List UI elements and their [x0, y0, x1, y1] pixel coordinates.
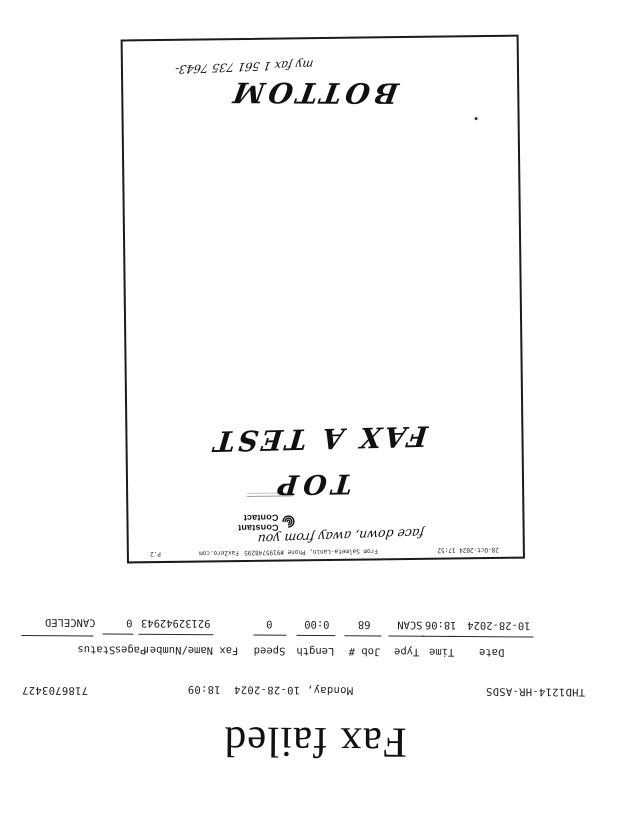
cell-pages: 0	[126, 617, 132, 629]
col-header-type: Type	[394, 646, 419, 658]
logo-line1: Constant	[238, 522, 279, 532]
divider-date	[448, 636, 533, 638]
col-header-date: Date	[479, 646, 504, 658]
report-title: Fax failed	[0, 715, 633, 768]
ink-speck	[475, 117, 478, 120]
cell-length: 0:00	[304, 618, 329, 630]
cell-status: CANCELED	[45, 616, 96, 628]
cell-speed: 0	[266, 618, 272, 630]
fax-header-sender: From Salmeta-Lanin, Phone #9195748295	[244, 547, 378, 556]
constant-contact-logo: Constant Contact	[238, 512, 297, 532]
divider-pages	[102, 633, 133, 635]
cell-job: 68	[358, 618, 371, 630]
scanned-page-thumbnail: 28-Oct-2024 17:52 From Salmeta-Lanin, Ph…	[121, 35, 525, 564]
confirmation-number: 7186703427	[22, 684, 88, 696]
fax-header-page-number: P.2	[150, 550, 161, 557]
logo-line2: Contact	[238, 513, 279, 523]
fax-header-timestamp: 28-Oct-2024 17:52	[437, 546, 499, 554]
col-header-pages: Pages	[115, 644, 147, 656]
handwritten-top-label: TOP	[272, 468, 354, 500]
col-header-fax-name-number: Fax Name/Number	[143, 644, 238, 657]
divider-job	[344, 635, 381, 637]
cell-time: 18:06	[425, 619, 457, 631]
divider-time	[421, 635, 456, 637]
report-datetime: Monday, 10-28-2024 18:09	[187, 683, 353, 696]
cell-date: 10-28-2024	[467, 619, 530, 631]
col-header-time: Time	[429, 646, 454, 658]
spiral-logo-icon	[280, 513, 296, 529]
col-header-length: Length	[296, 645, 334, 657]
divider-type	[388, 635, 424, 637]
handwritten-message: FAX A TEST	[210, 419, 430, 457]
col-header-status: Status	[77, 643, 115, 655]
divider-status	[21, 635, 93, 637]
fax-header-service: FaxZero.com	[199, 549, 239, 557]
cell-type: SCAN	[397, 619, 422, 631]
divider-fax-name	[138, 633, 213, 635]
col-header-speed: Speed	[254, 645, 286, 657]
scanned-fax-report: Fax failed THD1214-HR-ASDS Monday, 10-28…	[0, 0, 635, 822]
cell-fax-number: 92132942943	[141, 617, 211, 629]
divider-speed	[253, 634, 286, 636]
upside-down-scan: Fax failed THD1214-HR-ASDS Monday, 10-28…	[0, 0, 635, 822]
handwritten-bottom-label: BOTTOM	[227, 76, 401, 110]
col-header-job: Job #	[349, 645, 381, 657]
divider-length	[296, 634, 335, 636]
machine-id: THD1214-HR-ASDS	[486, 685, 585, 698]
handwritten-fax-number: my fax 1 561 735 7643-	[174, 57, 314, 76]
